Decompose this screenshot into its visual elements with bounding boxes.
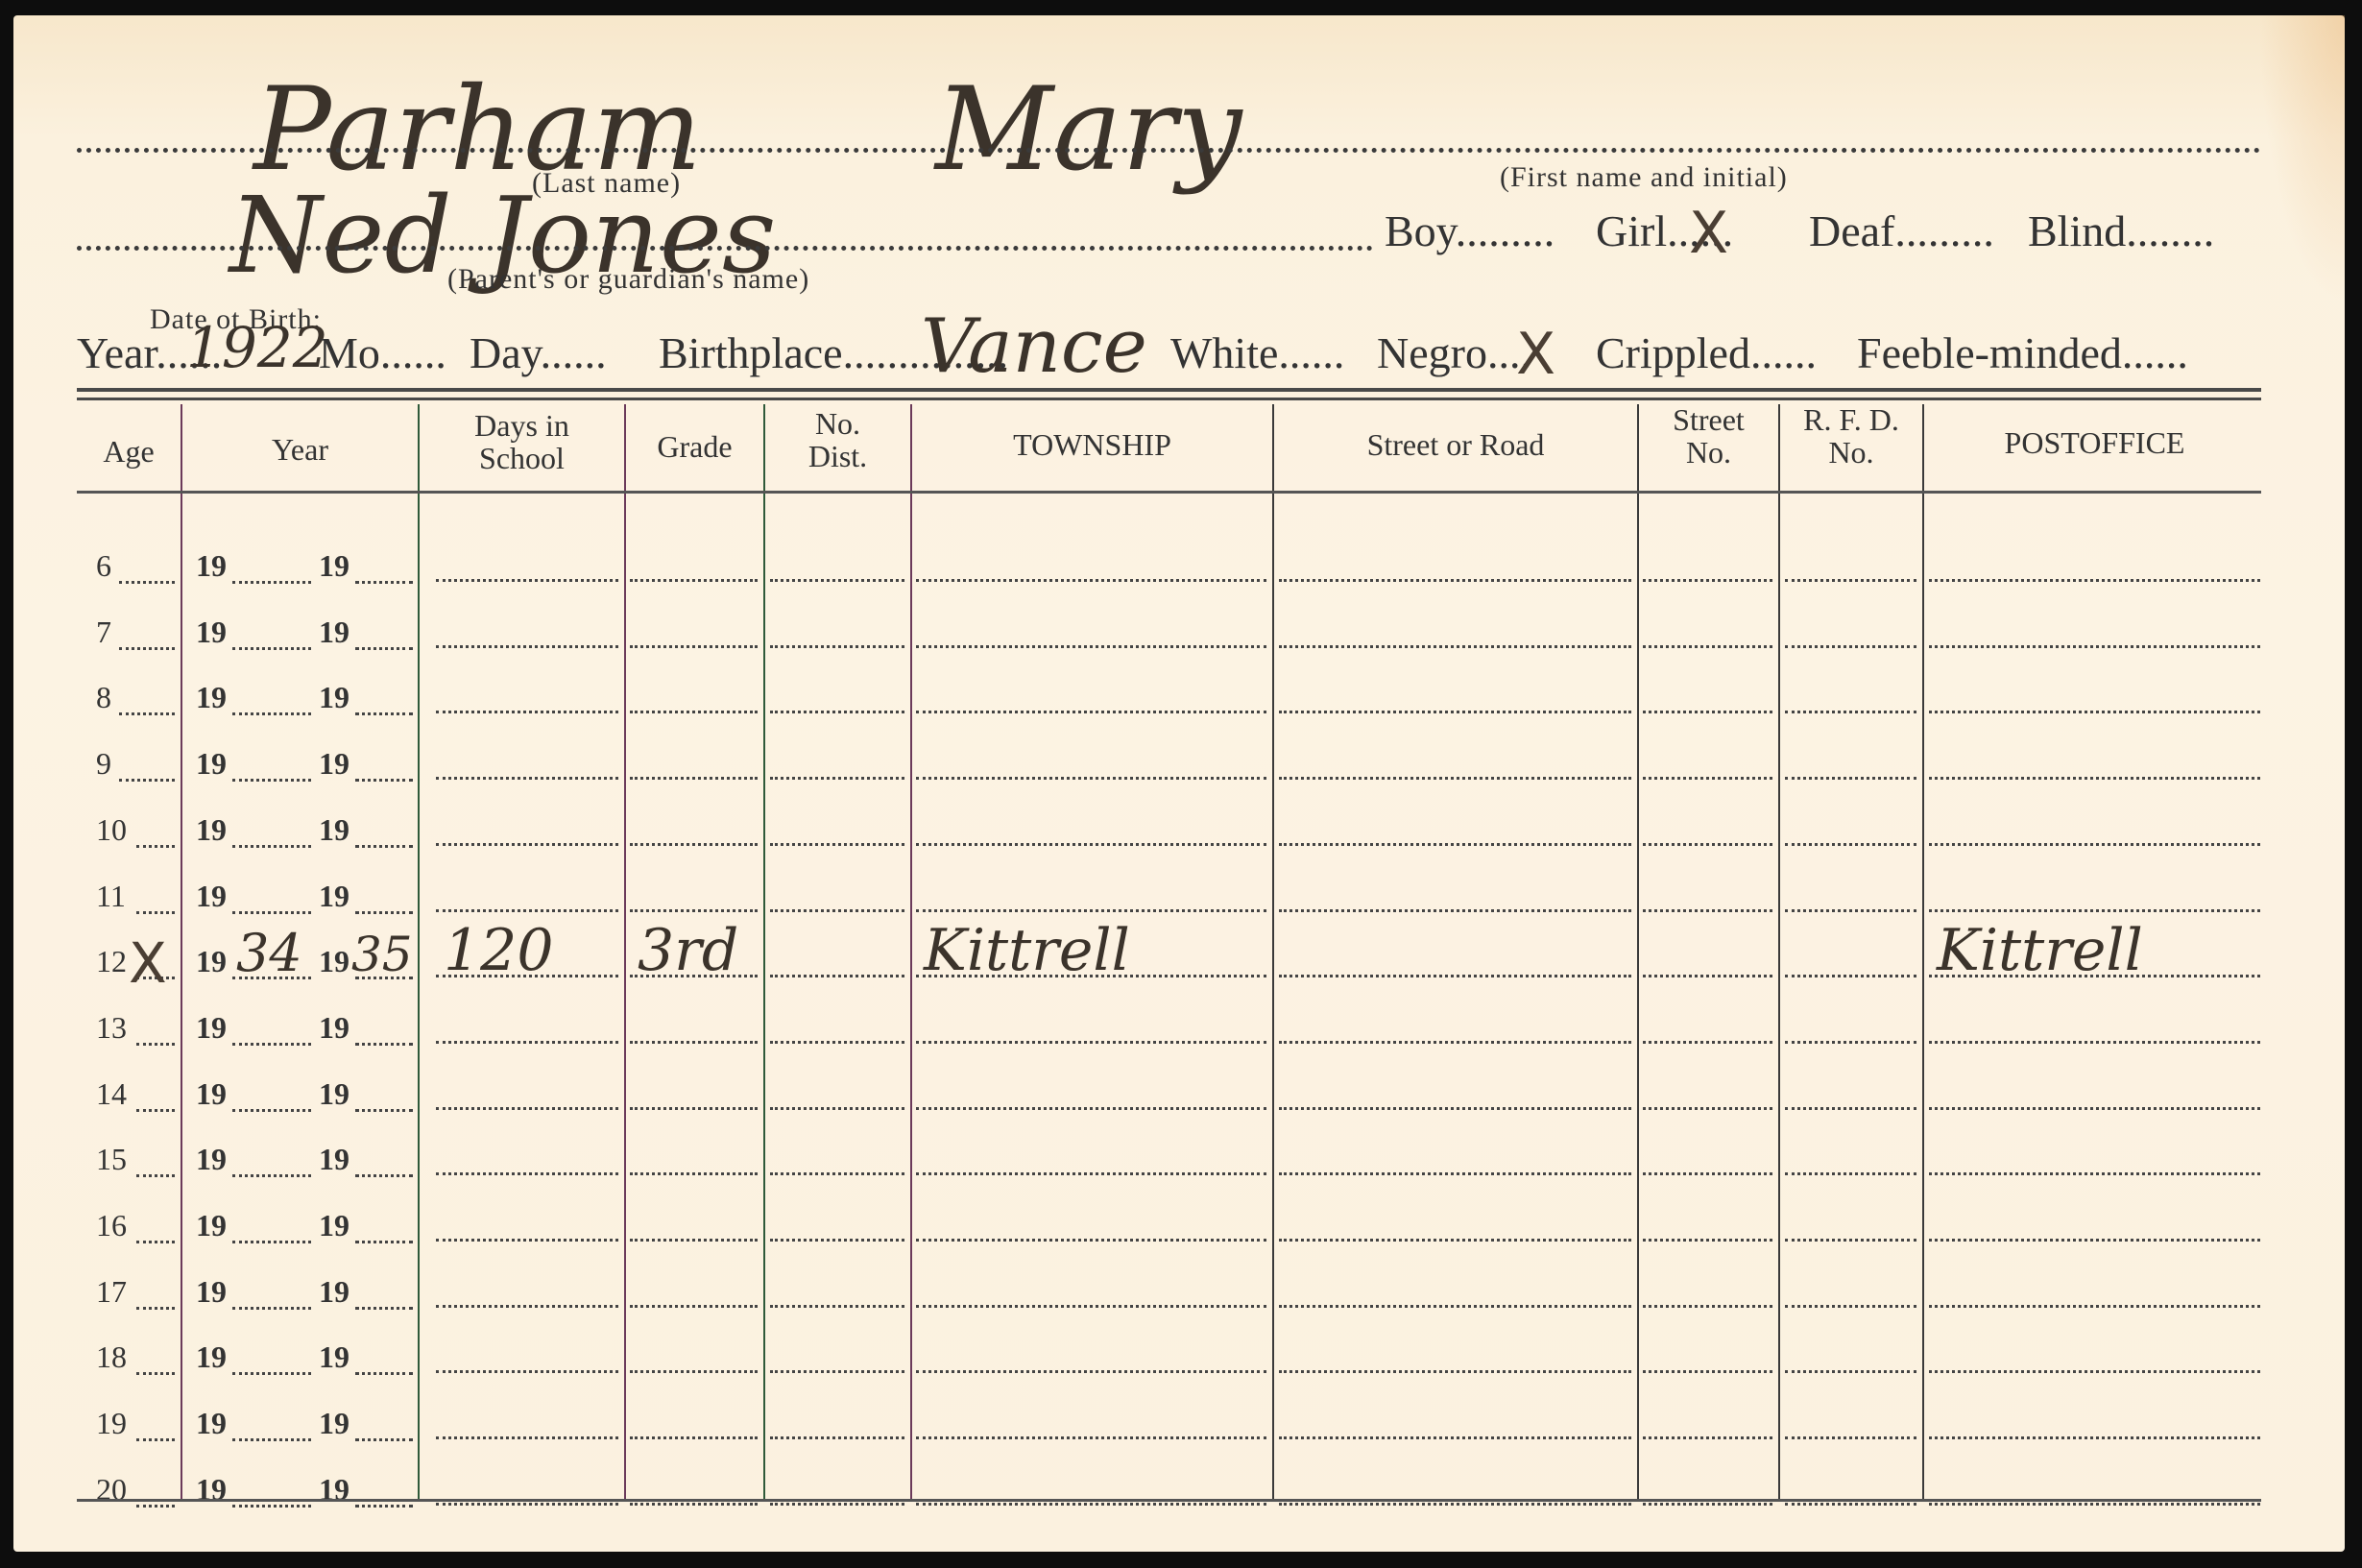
year-to-dotted-line <box>355 1438 413 1441</box>
street-no-cell-line[interactable] <box>1643 843 1772 846</box>
crippled-field[interactable]: Crippled...... <box>1596 327 1817 378</box>
dist-cell-line[interactable] <box>770 909 904 912</box>
days-cell-line[interactable] <box>436 1107 618 1110</box>
header-double-rule-bottom <box>77 398 2261 400</box>
township-cell-line[interactable] <box>916 711 1266 713</box>
rfd-cell-line[interactable] <box>1785 1107 1916 1110</box>
col-divider-days <box>624 404 626 1499</box>
negro-label: Negro <box>1377 328 1487 377</box>
street-no-cell-line[interactable] <box>1643 1370 1772 1373</box>
postoffice-cell-line[interactable] <box>1929 1436 2260 1439</box>
street-cell-line[interactable] <box>1279 1239 1631 1242</box>
year-from-prefix: 19 <box>196 1010 227 1046</box>
township-handwritten: Kittrell <box>924 917 1130 984</box>
month-label: Mo <box>319 328 380 377</box>
street-no-cell-line[interactable] <box>1643 579 1772 582</box>
year-to-prefix: 19 <box>319 1339 349 1375</box>
street-no-cell-line[interactable] <box>1643 1107 1772 1110</box>
year-to-prefix: 19 <box>319 1472 349 1508</box>
year-from-dotted-line <box>232 845 311 848</box>
year-from-prefix: 19 <box>196 1208 227 1243</box>
postoffice-handwritten: Kittrell <box>1937 917 2143 984</box>
days-handwritten: 120 <box>444 917 554 984</box>
street-cell-line[interactable] <box>1279 645 1631 648</box>
year-from-dotted-line <box>232 1043 311 1046</box>
dist-cell-line[interactable] <box>770 1041 904 1044</box>
year-from-prefix: 19 <box>196 1472 227 1508</box>
year-to-dotted-line <box>355 1241 413 1243</box>
postoffice-cell-line[interactable] <box>1929 1503 2260 1506</box>
year-to-prefix: 19 <box>319 1274 349 1310</box>
header-double-rule-top <box>77 388 2261 392</box>
year-to-dotted-line <box>355 845 413 848</box>
age-label: 11 <box>96 879 126 914</box>
header-underline <box>77 491 2261 494</box>
days-cell-line[interactable] <box>436 1041 618 1044</box>
year-to-prefix: 19 <box>319 1406 349 1441</box>
age-dotted-line <box>136 1438 175 1441</box>
year-to-prefix: 19 <box>319 1142 349 1177</box>
rfd-cell-line[interactable] <box>1785 1436 1916 1439</box>
col-divider-age <box>181 404 182 1499</box>
birthplace-label: Birthplace <box>659 328 843 377</box>
age-dotted-line <box>136 911 175 914</box>
rfd-cell-line[interactable] <box>1785 1172 1916 1175</box>
year-to-prefix: 19 <box>319 548 349 584</box>
white-field[interactable]: White...... <box>1170 327 1344 378</box>
dist-cell-line[interactable] <box>770 645 904 648</box>
boy-label: Boy <box>1385 206 1456 255</box>
header-rfd-line2: No. <box>1780 436 1922 469</box>
year-from-prefix: 19 <box>196 1339 227 1375</box>
header-street-road: Street or Road <box>1274 428 1637 461</box>
age-label: 7 <box>96 615 111 650</box>
postoffice-cell-line[interactable] <box>1929 1107 2260 1110</box>
township-cell-line[interactable] <box>916 1107 1266 1110</box>
days-cell-line[interactable] <box>436 1370 618 1373</box>
township-cell-line[interactable] <box>916 1172 1266 1175</box>
col-divider-streetno <box>1778 404 1780 1499</box>
age-dotted-line <box>136 1043 175 1046</box>
year-from-dotted-line <box>232 581 311 584</box>
blind-field[interactable]: Blind........ <box>2028 205 2214 256</box>
rfd-cell-line[interactable] <box>1785 1239 1916 1242</box>
street-no-cell-line[interactable] <box>1643 645 1772 648</box>
street-cell-line[interactable] <box>1279 1436 1631 1439</box>
year-to-prefix: 19 <box>319 1010 349 1046</box>
year-to-prefix: 19 <box>319 746 349 782</box>
street-no-cell-line[interactable] <box>1643 1436 1772 1439</box>
school-census-card: Parham Mary (Last name) (First name and … <box>13 15 2345 1552</box>
grade-cell-line[interactable] <box>630 645 758 648</box>
rfd-cell-line[interactable] <box>1785 645 1916 648</box>
age-dotted-line <box>136 1307 175 1310</box>
days-cell-line[interactable] <box>436 1503 618 1506</box>
table-bottom-rule <box>77 1499 2261 1502</box>
dist-cell-line[interactable] <box>770 711 904 713</box>
deaf-field[interactable]: Deaf......... <box>1809 205 1994 256</box>
year-from-prefix: 19 <box>196 548 227 584</box>
col-divider-rfd <box>1922 404 1924 1499</box>
guardian-dotted-line <box>77 246 1373 251</box>
year-to-dotted-line <box>355 1307 413 1310</box>
grade-cell-line[interactable] <box>630 1436 758 1439</box>
year-to-prefix: 19 <box>319 944 349 979</box>
year-to-prefix: 19 <box>319 812 349 848</box>
street-no-cell-line[interactable] <box>1643 975 1772 977</box>
year-from-dotted-line <box>232 1241 311 1243</box>
age-label: 15 <box>96 1142 127 1177</box>
street-no-cell-line[interactable] <box>1643 1503 1772 1506</box>
street-cell-line[interactable] <box>1279 579 1631 582</box>
grade-cell-line[interactable] <box>630 1370 758 1373</box>
age-label: 20 <box>96 1472 127 1508</box>
name-dotted-line <box>77 148 2261 153</box>
dist-cell-line[interactable] <box>770 1370 904 1373</box>
grade-handwritten: 3rd <box>638 917 738 984</box>
age-dotted-line <box>136 1505 175 1508</box>
header-days-line2: School <box>420 442 624 474</box>
rfd-cell-line[interactable] <box>1785 711 1916 713</box>
street-cell-line[interactable] <box>1279 1305 1631 1308</box>
street-cell-line[interactable] <box>1279 909 1631 912</box>
rfd-cell-line[interactable] <box>1785 1370 1916 1373</box>
rfd-cell-line[interactable] <box>1785 1503 1916 1506</box>
year-to-dotted-line <box>355 581 413 584</box>
header-streetno-line2: No. <box>1639 436 1778 469</box>
year-from-dotted-line <box>232 911 311 914</box>
year-to-dotted-line <box>355 779 413 782</box>
days-cell-line[interactable] <box>436 1172 618 1175</box>
age-label: 19 <box>96 1406 127 1441</box>
col-divider-grade <box>763 404 765 1499</box>
header-grade: Grade <box>626 430 763 463</box>
rfd-cell-line[interactable] <box>1785 777 1916 780</box>
street-no-cell-line[interactable] <box>1643 1172 1772 1175</box>
street-cell-line[interactable] <box>1279 1107 1631 1110</box>
year-to-prefix: 19 <box>319 1208 349 1243</box>
postoffice-cell-line[interactable] <box>1929 579 2260 582</box>
grade-cell-line[interactable] <box>630 1041 758 1044</box>
birth-year-handwritten: 1922 <box>186 315 328 380</box>
age-label: 6 <box>96 548 111 584</box>
age-dotted-line <box>136 845 175 848</box>
age-label: 10 <box>96 812 127 848</box>
year-from-dotted-line <box>232 647 311 650</box>
year-from-dotted-line <box>232 712 311 715</box>
street-no-cell-line[interactable] <box>1643 777 1772 780</box>
feeble-minded-label: Feeble-minded <box>1857 328 2122 377</box>
street-cell-line[interactable] <box>1279 843 1631 846</box>
dist-cell-line[interactable] <box>770 1172 904 1175</box>
postoffice-cell-line[interactable] <box>1929 777 2260 780</box>
township-cell-line[interactable] <box>916 843 1266 846</box>
guardian-caption: (Parent's or guardian's name) <box>447 263 809 296</box>
year-to-dotted-line <box>355 1505 413 1508</box>
grade-cell-line[interactable] <box>630 1172 758 1175</box>
postoffice-cell-line[interactable] <box>1929 843 2260 846</box>
days-cell-line[interactable] <box>436 1436 618 1439</box>
postoffice-cell-line[interactable] <box>1929 1305 2260 1308</box>
year-from-prefix: 19 <box>196 879 227 914</box>
first-name-caption: (First name and initial) <box>1500 161 1788 194</box>
age-dotted-line <box>136 1372 175 1375</box>
street-no-cell-line[interactable] <box>1643 909 1772 912</box>
col-divider-street <box>1637 404 1639 1499</box>
grade-cell-line[interactable] <box>630 1239 758 1242</box>
year-to-prefix: 19 <box>319 879 349 914</box>
rfd-cell-line[interactable] <box>1785 579 1916 582</box>
grade-cell-line[interactable] <box>630 777 758 780</box>
year-from-prefix: 19 <box>196 1274 227 1310</box>
feeble-minded-field[interactable]: Feeble-minded...... <box>1857 327 2188 378</box>
postoffice-cell-line[interactable] <box>1929 1370 2260 1373</box>
header-postoffice: POSTOFFICE <box>1924 426 2265 459</box>
year-from-dotted-line <box>232 1505 311 1508</box>
days-cell-line[interactable] <box>436 579 618 582</box>
age-dotted-line <box>136 1109 175 1112</box>
header-township: TOWNSHIP <box>912 428 1272 461</box>
header-age: Age <box>77 435 181 468</box>
dist-cell-line[interactable] <box>770 1107 904 1110</box>
days-cell-line[interactable] <box>436 711 618 713</box>
deaf-label: Deaf <box>1809 206 1894 255</box>
day-label: Day <box>470 328 541 377</box>
dist-cell-line[interactable] <box>770 579 904 582</box>
grade-cell-line[interactable] <box>630 1305 758 1308</box>
postoffice-cell-line[interactable] <box>1929 711 2260 713</box>
year-from-dotted-line <box>232 1307 311 1310</box>
header-year: Year <box>182 433 418 466</box>
street-cell-line[interactable] <box>1279 1041 1631 1044</box>
age-dotted-line <box>119 647 175 650</box>
grade-cell-line[interactable] <box>630 843 758 846</box>
township-cell-line[interactable] <box>916 645 1266 648</box>
year-to-handwritten: 35 <box>351 927 413 982</box>
street-no-cell-line[interactable] <box>1643 711 1772 713</box>
township-cell-line[interactable] <box>916 1041 1266 1044</box>
col-divider-dist <box>910 404 912 1499</box>
postoffice-cell-line[interactable] <box>1929 909 2260 912</box>
col-divider-township <box>1272 404 1274 1499</box>
birth-month-field[interactable]: Mo...... <box>319 327 446 378</box>
rfd-cell-line[interactable] <box>1785 975 1916 977</box>
year-label: Year <box>77 328 156 377</box>
year-to-dotted-line <box>355 1043 413 1046</box>
street-cell-line[interactable] <box>1279 1172 1631 1175</box>
age-dotted-line <box>136 1174 175 1177</box>
age-label: 18 <box>96 1339 127 1375</box>
year-from-handwritten: 34 <box>236 923 302 983</box>
age-label: 14 <box>96 1076 127 1112</box>
grade-cell-line[interactable] <box>630 909 758 912</box>
year-from-dotted-line <box>232 1372 311 1375</box>
year-from-prefix: 19 <box>196 1076 227 1112</box>
township-cell-line[interactable] <box>916 909 1266 912</box>
boy-field[interactable]: Boy......... <box>1385 205 1555 256</box>
year-from-prefix: 19 <box>196 680 227 715</box>
dist-cell-line[interactable] <box>770 777 904 780</box>
days-cell-line[interactable] <box>436 645 618 648</box>
rfd-cell-line[interactable] <box>1785 909 1916 912</box>
negro-check-mark: X <box>1516 321 1555 388</box>
postoffice-cell-line[interactable] <box>1929 1172 2260 1175</box>
year-from-dotted-line <box>232 1174 311 1177</box>
township-cell-line[interactable] <box>916 777 1266 780</box>
rfd-cell-line[interactable] <box>1785 1305 1916 1308</box>
dist-cell-line[interactable] <box>770 1239 904 1242</box>
white-label: White <box>1170 328 1278 377</box>
year-to-dotted-line <box>355 1372 413 1375</box>
crippled-label: Crippled <box>1596 328 1750 377</box>
street-cell-line[interactable] <box>1279 1370 1631 1373</box>
year-from-prefix: 19 <box>196 944 227 979</box>
header-streetno-line1: Street <box>1639 403 1778 436</box>
dist-cell-line[interactable] <box>770 975 904 977</box>
age-label: 12 <box>96 944 127 979</box>
street-cell-line[interactable] <box>1279 1503 1631 1506</box>
street-no-cell-line[interactable] <box>1643 1041 1772 1044</box>
days-cell-line[interactable] <box>436 777 618 780</box>
birthplace-handwritten: Vance <box>921 303 1147 390</box>
year-from-prefix: 19 <box>196 1142 227 1177</box>
first-name-handwritten: Mary <box>935 63 1242 197</box>
township-cell-line[interactable] <box>916 1305 1266 1308</box>
header-days-line1: Days in <box>420 409 624 442</box>
year-to-dotted-line <box>355 1174 413 1177</box>
postoffice-cell-line[interactable] <box>1929 1041 2260 1044</box>
postoffice-cell-line[interactable] <box>1929 645 2260 648</box>
year-from-prefix: 19 <box>196 615 227 650</box>
girl-label: Girl <box>1596 206 1667 255</box>
dist-cell-line[interactable] <box>770 1503 904 1506</box>
township-cell-line[interactable] <box>916 1503 1266 1506</box>
year-to-prefix: 19 <box>319 615 349 650</box>
col-divider-year <box>418 404 420 1499</box>
year-from-dotted-line <box>232 779 311 782</box>
age-dotted-line <box>119 712 175 715</box>
rfd-cell-line[interactable] <box>1785 843 1916 846</box>
year-to-dotted-line <box>355 1109 413 1112</box>
street-no-cell-line[interactable] <box>1643 1239 1772 1242</box>
township-cell-line[interactable] <box>916 579 1266 582</box>
grade-cell-line[interactable] <box>630 711 758 713</box>
age-dotted-line <box>136 1241 175 1243</box>
year-to-prefix: 19 <box>319 680 349 715</box>
header-rfd-line1: R. F. D. <box>1780 403 1922 436</box>
age-label: 17 <box>96 1274 127 1310</box>
year-to-dotted-line <box>355 712 413 715</box>
year-from-prefix: 19 <box>196 746 227 782</box>
days-cell-line[interactable] <box>436 843 618 846</box>
year-to-dotted-line <box>355 647 413 650</box>
days-cell-line[interactable] <box>436 1239 618 1242</box>
township-cell-line[interactable] <box>916 1436 1266 1439</box>
age-label: 13 <box>96 1010 127 1046</box>
street-no-cell-line[interactable] <box>1643 1305 1772 1308</box>
days-cell-line[interactable] <box>436 909 618 912</box>
street-cell-line[interactable] <box>1279 777 1631 780</box>
age-check-mark: X <box>129 930 167 996</box>
blind-label: Blind <box>2028 206 2126 255</box>
postoffice-cell-line[interactable] <box>1929 1239 2260 1242</box>
dist-cell-line[interactable] <box>770 843 904 846</box>
street-cell-line[interactable] <box>1279 711 1631 713</box>
age-dotted-line <box>119 581 175 584</box>
age-label: 16 <box>96 1208 127 1243</box>
age-label: 9 <box>96 746 111 782</box>
birth-day-field[interactable]: Day...... <box>470 327 607 378</box>
grade-cell-line[interactable] <box>630 579 758 582</box>
dist-cell-line[interactable] <box>770 1436 904 1439</box>
header-dist-line2: Dist. <box>765 440 910 472</box>
age-label: 8 <box>96 680 111 715</box>
grade-cell-line[interactable] <box>630 1503 758 1506</box>
days-cell-line[interactable] <box>436 1305 618 1308</box>
street-cell-line[interactable] <box>1279 975 1631 977</box>
year-to-prefix: 19 <box>319 1076 349 1112</box>
year-from-prefix: 19 <box>196 812 227 848</box>
grade-cell-line[interactable] <box>630 1107 758 1110</box>
age-dotted-line <box>119 779 175 782</box>
year-to-dotted-line <box>355 911 413 914</box>
year-from-dotted-line <box>232 1438 311 1441</box>
header-dist-line1: No. <box>765 407 910 440</box>
year-from-dotted-line <box>232 1109 311 1112</box>
dist-cell-line[interactable] <box>770 1305 904 1308</box>
girl-check-mark: X <box>1689 200 1728 267</box>
negro-field[interactable]: Negro.... <box>1377 327 1531 378</box>
rfd-cell-line[interactable] <box>1785 1041 1916 1044</box>
township-cell-line[interactable] <box>916 1239 1266 1242</box>
township-cell-line[interactable] <box>916 1370 1266 1373</box>
year-from-prefix: 19 <box>196 1406 227 1441</box>
